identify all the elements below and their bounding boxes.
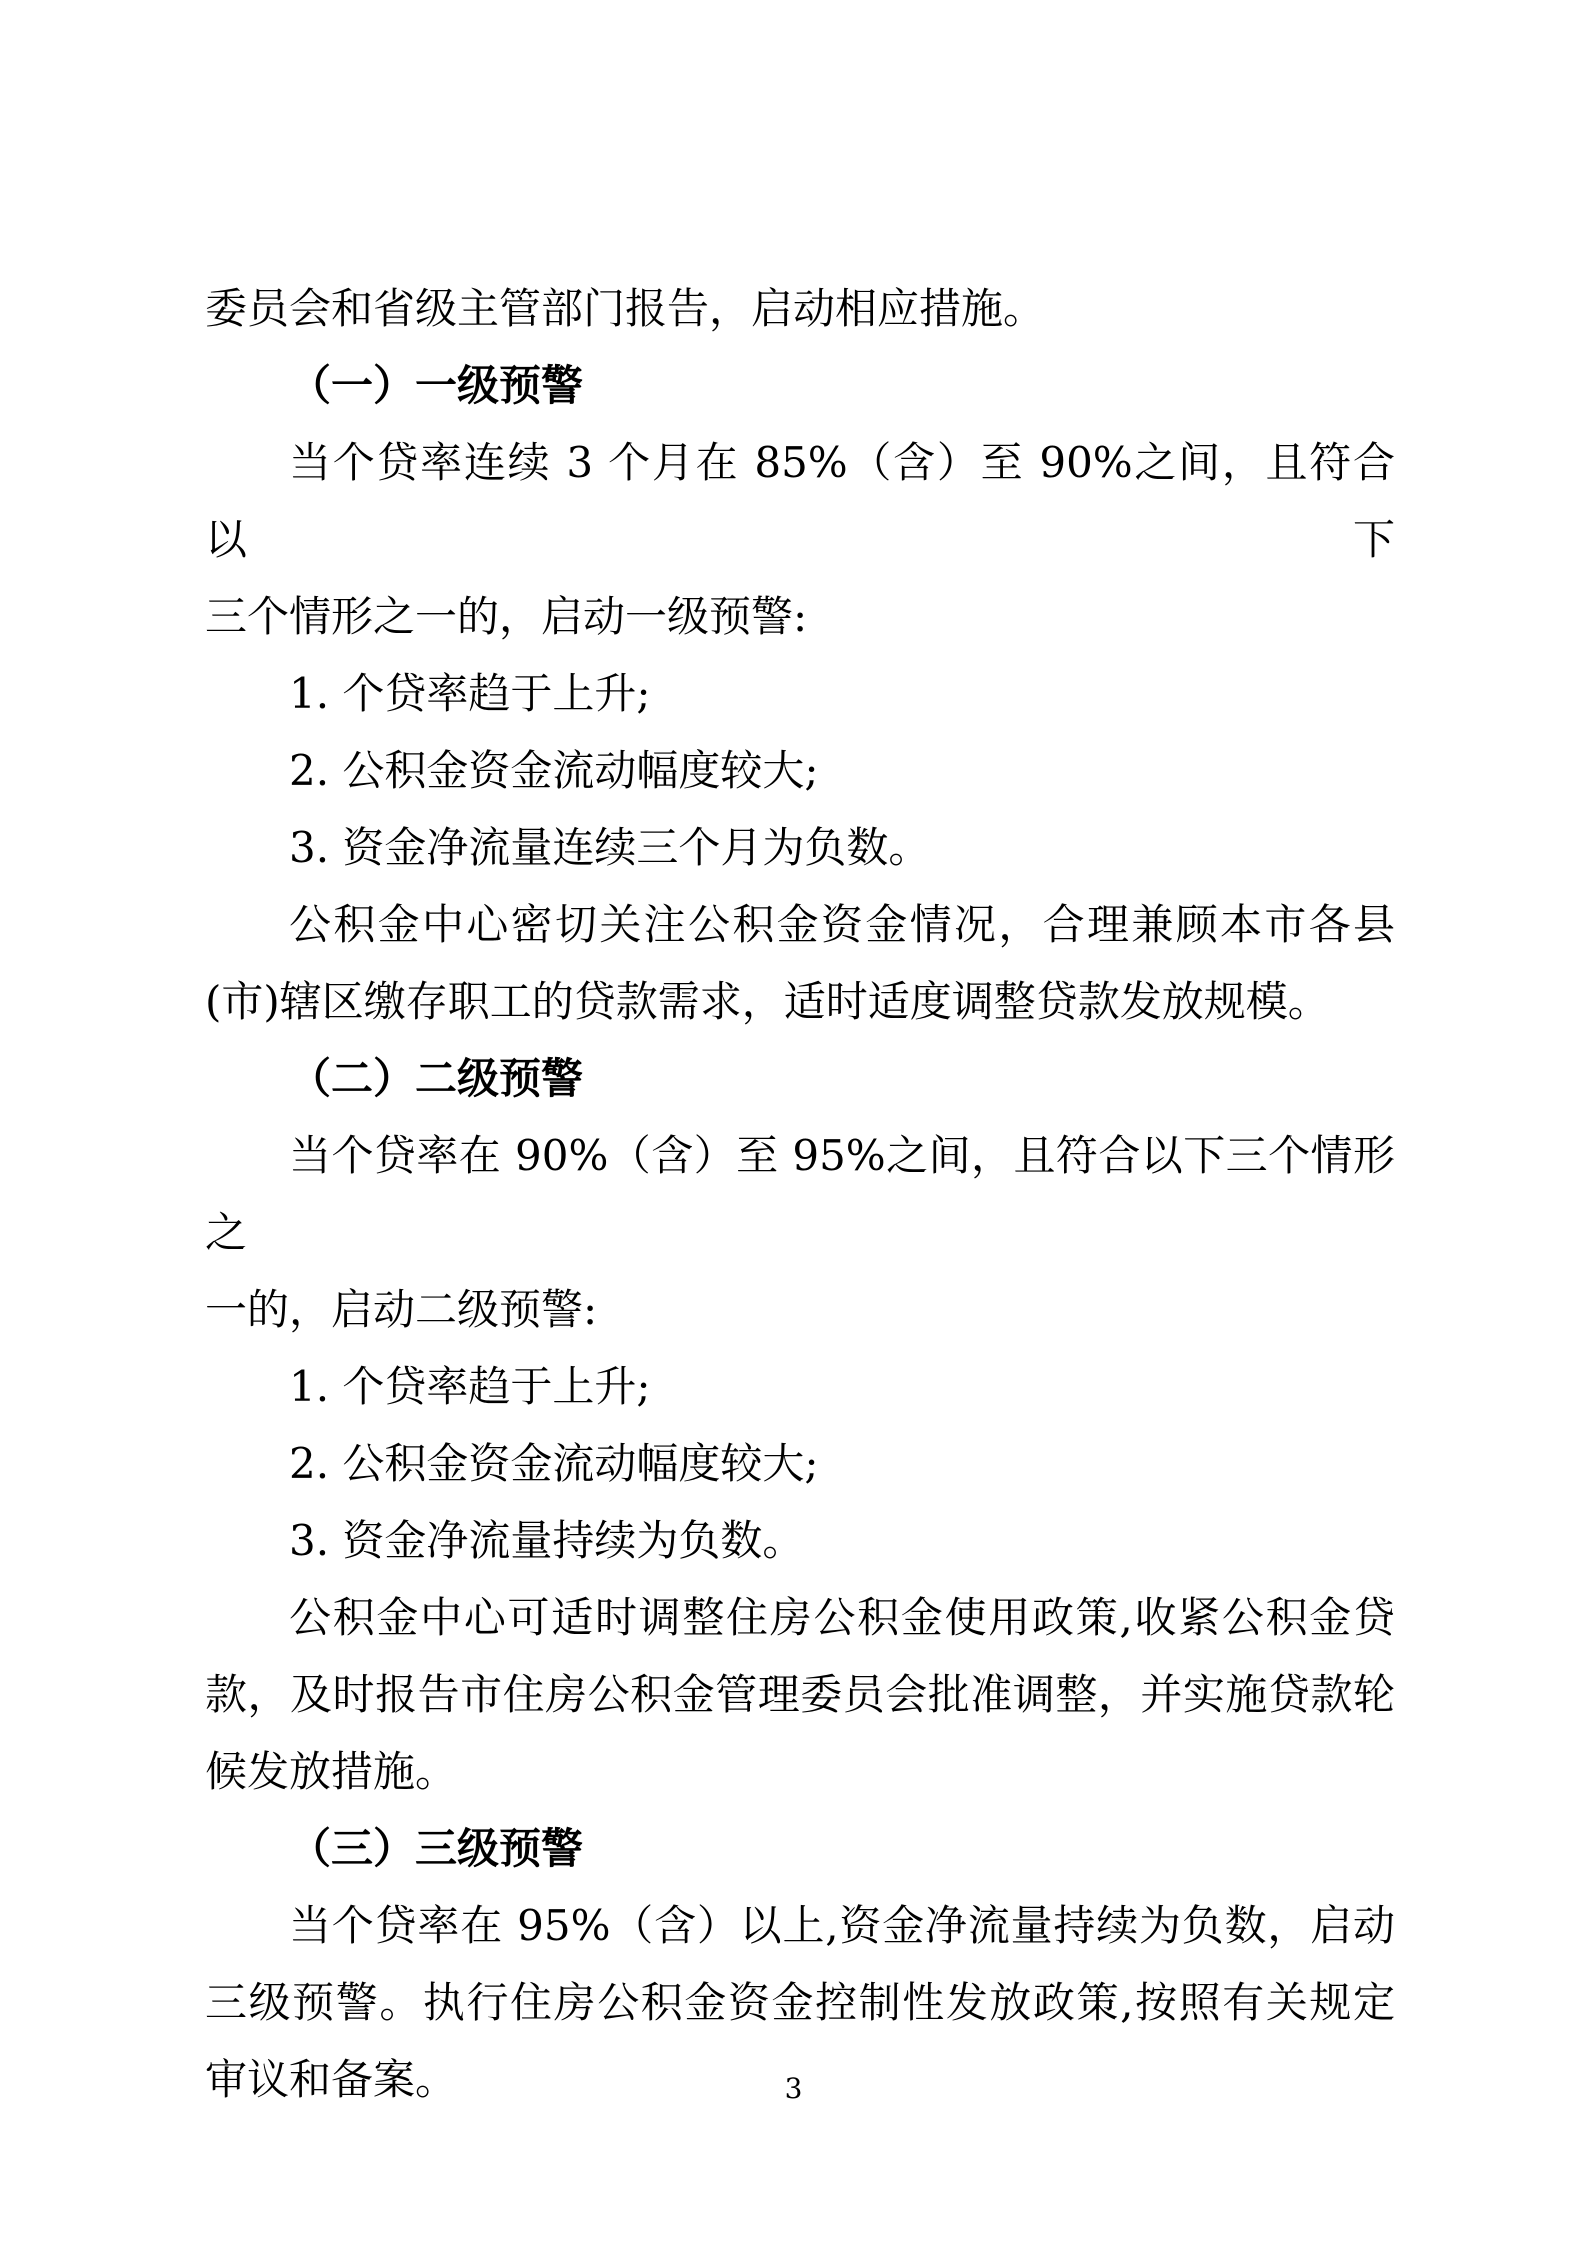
section-heading-level-3-warning: （三）三级预警 [205, 1810, 1395, 1887]
list-item-1: 1. 个贷率趋于上升; [205, 1348, 1395, 1425]
paragraph-line: 当个贷率在 90%（含）至 95%之间，且符合以下三个情形之 [205, 1117, 1395, 1271]
section-heading-level-2-warning: （二）二级预警 [205, 1040, 1395, 1117]
paragraph-line: 候发放措施。 [205, 1733, 1395, 1810]
document-page: 委员会和省级主管部门报告，启动相应措施。 （一）一级预警 当个贷率连续 3 个月… [0, 0, 1587, 2245]
list-item-3: 3. 资金净流量持续为负数。 [205, 1502, 1395, 1579]
section-heading-level-1-warning: （一）一级预警 [205, 347, 1395, 424]
paragraph-line: 委员会和省级主管部门报告，启动相应措施。 [205, 270, 1395, 347]
paragraph-line: 一的，启动二级预警: [205, 1271, 1395, 1348]
paragraph-line: 公积金中心可适时调整住房公积金使用政策,收紧公积金贷 [205, 1579, 1395, 1656]
paragraph-line: 当个贷率在 95%（含）以上,资金净流量持续为负数，启动 [205, 1887, 1395, 1964]
paragraph-line: 三个情形之一的，启动一级预警: [205, 578, 1395, 655]
paragraph-line: 三级预警。执行住房公积金资金控制性发放政策,按照有关规定 [205, 1964, 1395, 2041]
paragraph-line: 款，及时报告市住房公积金管理委员会批准调整，并实施贷款轮 [205, 1656, 1395, 1733]
list-item-3: 3. 资金净流量连续三个月为负数。 [205, 809, 1395, 886]
paragraph-line: 当个贷率连续 3 个月在 85%（含）至 90%之间，且符合以下 [205, 424, 1395, 578]
page-number: 3 [0, 2072, 1587, 2106]
document-body: 委员会和省级主管部门报告，启动相应措施。 （一）一级预警 当个贷率连续 3 个月… [205, 270, 1395, 2118]
list-item-2: 2. 公积金资金流动幅度较大; [205, 732, 1395, 809]
list-item-1: 1. 个贷率趋于上升; [205, 655, 1395, 732]
paragraph-line: 公积金中心密切关注公积金资金情况，合理兼顾本市各县 [205, 886, 1395, 963]
list-item-2: 2. 公积金资金流动幅度较大; [205, 1425, 1395, 1502]
paragraph-line: (市)辖区缴存职工的贷款需求，适时适度调整贷款发放规模。 [205, 963, 1395, 1040]
